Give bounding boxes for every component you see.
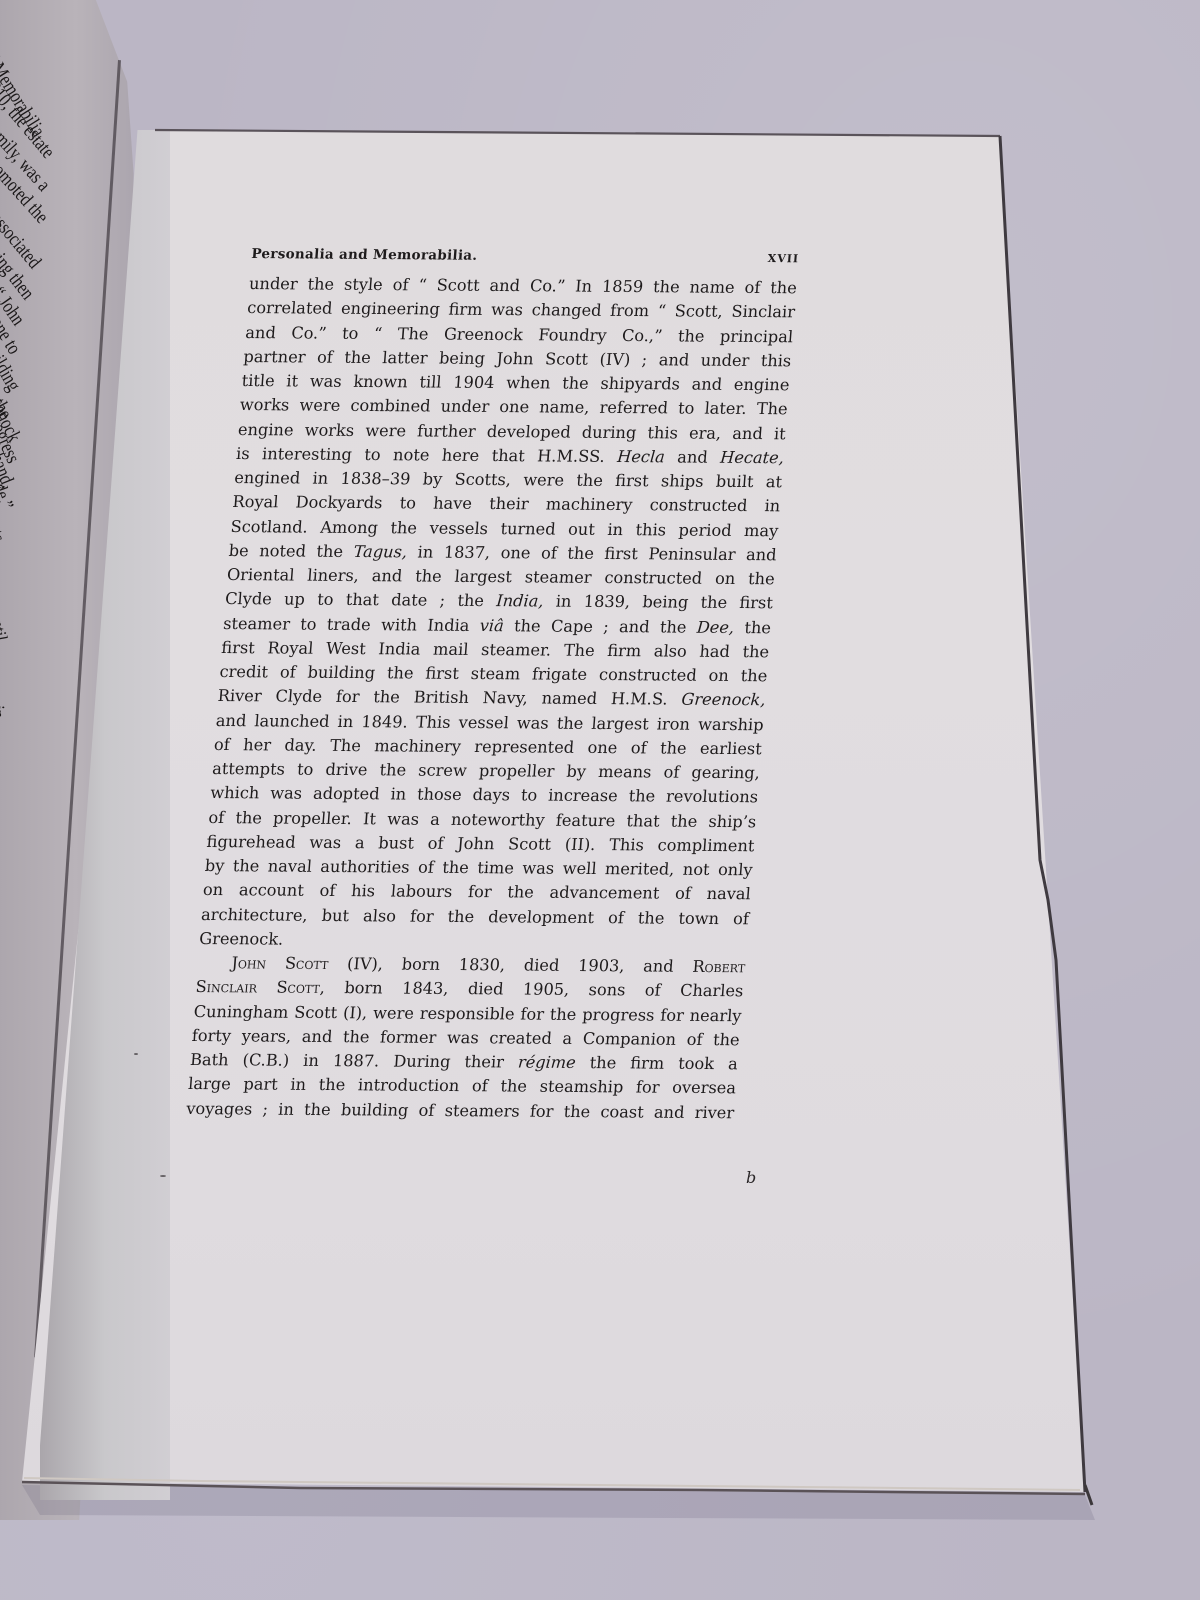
left-page-fragment: date <box>0 640 6 670</box>
text-segment: Scotland. Among the vessels turned out i… <box>230 516 779 539</box>
text-segment: and <box>664 447 721 466</box>
text-segment: of the propeller. It was a noteworthy fe… <box>208 807 757 830</box>
italic-text: viâ <box>479 616 504 635</box>
ink-speck <box>160 1175 166 1177</box>
text-segment: attempts to drive the screw propeller by… <box>212 759 761 782</box>
text-segment: of her day. The machinery represented on… <box>213 735 762 758</box>
text-segment: (IV), born 1830, died 1903, and <box>328 954 694 976</box>
italic-text: Greenock, <box>681 690 766 710</box>
text-segment: on account of his labours for the advanc… <box>202 880 751 903</box>
text-segment: Cuningham Scott (I), were responsible fo… <box>193 1001 742 1024</box>
text-segment: Bath (C.B.) in 1887. During their <box>189 1050 518 1072</box>
text-segment: born 1843, died 1905, sons of Charles <box>324 978 744 1000</box>
text-segment: the firm took a <box>575 1053 739 1073</box>
italic-text: India, <box>496 591 545 610</box>
running-head-title: Personalia and Memorabilia. <box>251 246 478 264</box>
italic-text: Tagus, <box>353 542 408 561</box>
text-segment: is interesting to note here that H.M.SS. <box>236 444 618 466</box>
small-caps-text: Sinclair Scott, <box>195 977 326 997</box>
italic-text: Hecla <box>617 447 666 466</box>
text-segment: and Co.” to “ The Greenock Foundry Co.,”… <box>245 322 794 345</box>
signature-mark: b <box>746 1168 756 1187</box>
text-segment: and launched in 1849. This vessel was th… <box>215 710 764 733</box>
text-segment: Royal Dockyards to have their machinery … <box>232 492 781 515</box>
running-head: Personalia and Memorabilia. XVII <box>250 246 799 270</box>
italic-text: Dee, <box>696 617 735 636</box>
italic-text: régime <box>517 1053 576 1072</box>
left-page-fragment: in <box>0 705 9 719</box>
text-segment: under the style of “ Scott and Co.” In 1… <box>248 274 797 297</box>
text-segment: Clyde up to that date ; the <box>224 589 497 610</box>
ink-speck <box>134 1053 138 1055</box>
page-text-block: Personalia and Memorabilia. XVII under t… <box>185 246 799 1125</box>
text-segment: architecture, but also for the developme… <box>200 904 749 927</box>
text-segment: correlated engineering firm was changed … <box>247 298 796 321</box>
text-segment: credit of building the first steam friga… <box>219 662 768 685</box>
italic-text: Hecate, <box>720 448 785 467</box>
text-segment: in 1839, being the first <box>543 592 774 613</box>
text-segment: title it was known till 1904 when the sh… <box>241 371 790 394</box>
small-caps-text: Robert <box>692 957 746 976</box>
text-segment: which was adopted in those days to incre… <box>210 783 759 806</box>
text-segment: by the naval authorities of the time was… <box>204 856 753 879</box>
left-page-fragment: until <box>0 610 11 643</box>
body-text: under the style of “ Scott and Co.” In 1… <box>185 272 797 1125</box>
small-caps-text: John Scott <box>231 953 329 973</box>
text-segment: the Cape ; and the <box>503 616 698 637</box>
text-segment: works were combined under one name, refe… <box>239 395 788 418</box>
text-segment: River Clyde for the British Navy, named … <box>217 686 682 709</box>
text-segment: engined in 1838–39 by Scotts, were the f… <box>234 468 783 491</box>
text-segment: steamer to trade with India <box>223 613 481 634</box>
text-segment: Oriental liners, and the largest steamer… <box>226 565 775 588</box>
text-segment: partner of the latter being John Scott (… <box>243 347 792 370</box>
text-segment: large part in the introduction of the st… <box>188 1074 737 1097</box>
page-number: XVII <box>767 252 799 265</box>
text-segment: voyages ; in the building of steamers fo… <box>186 1098 735 1121</box>
text-segment: first Royal West India mail steamer. The… <box>221 638 770 661</box>
text-segment: be noted the <box>228 541 354 561</box>
text-segment: forty years, and the former was created … <box>191 1026 740 1049</box>
text-segment: in 1837, one of the first Peninsular and <box>406 542 777 564</box>
text-segment: the <box>733 618 771 637</box>
text-segment: figurehead was a bust of John Scott (II)… <box>206 832 755 855</box>
text-line: voyages ; in the building of steamers fo… <box>185 1096 735 1125</box>
text-segment: engine works were further developed duri… <box>237 419 786 442</box>
text-segment: Greenock. <box>199 929 284 949</box>
